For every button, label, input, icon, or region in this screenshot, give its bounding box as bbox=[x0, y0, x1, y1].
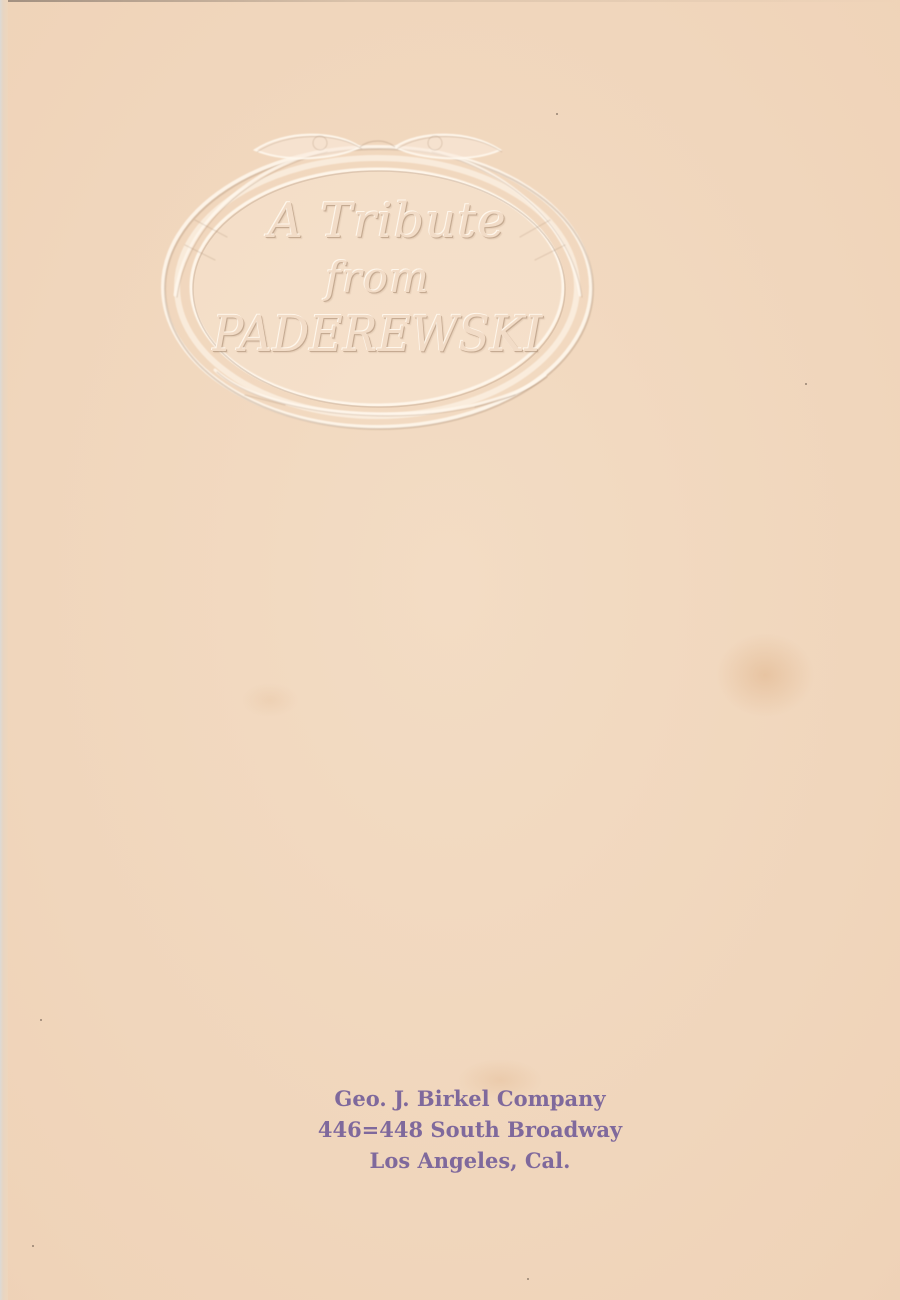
paper-speck bbox=[32, 1245, 34, 1247]
paper-speck bbox=[527, 1278, 529, 1280]
top-edge-shadow bbox=[0, 0, 900, 2]
emboss-title-line-3: PADEREWSKI bbox=[173, 305, 582, 363]
dealer-stamp: Geo. J. Birkel Company 446=448 South Bro… bbox=[300, 1083, 640, 1176]
stamp-city: Los Angeles, Cal. bbox=[300, 1145, 640, 1176]
stamp-address: 446=448 South Broadway bbox=[300, 1114, 640, 1145]
paper-speck bbox=[556, 113, 558, 115]
embossed-cartouche: A Tribute from PADEREWSKI bbox=[155, 125, 600, 440]
spine-edge bbox=[0, 0, 8, 1300]
stamp-company: Geo. J. Birkel Company bbox=[300, 1083, 640, 1114]
paper-speck bbox=[40, 1019, 42, 1021]
emboss-title-line-1: A Tribute bbox=[155, 193, 610, 249]
emboss-title-line-2: from bbox=[155, 253, 600, 302]
paper-speck bbox=[805, 383, 807, 385]
booklet-cover: A Tribute from PADEREWSKI Geo. J. Birkel… bbox=[0, 0, 900, 1300]
